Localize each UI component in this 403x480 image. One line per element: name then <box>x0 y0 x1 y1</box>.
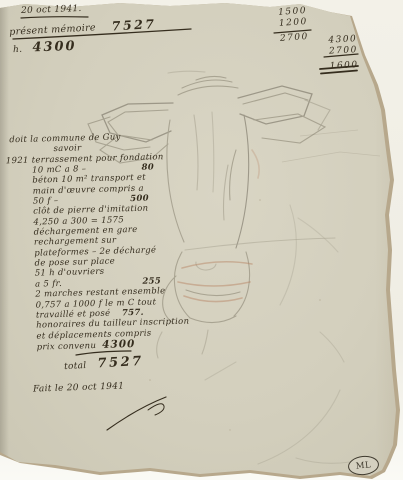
annotation-date-top: 20 oct 1941. <box>21 4 82 16</box>
sum-value: 1200 <box>276 17 309 30</box>
sum-value: 2700 <box>324 45 359 58</box>
sum-column-right: 4300 2700 1600 <box>323 34 359 73</box>
total-value: 7527 <box>97 354 144 371</box>
height-value: 4300 <box>32 39 77 56</box>
sum-result: 1600 <box>324 60 359 73</box>
annotation-height: h. 4300 <box>13 39 77 56</box>
artwork-scan: 20 oct 1941. présent mémoire 7527 h. 430… <box>0 0 403 480</box>
sum-result: 2700 <box>277 32 310 45</box>
total-label: total <box>64 361 87 372</box>
memo-value: 7527 <box>111 16 157 33</box>
sum-column-left: 1500 1200 2700 <box>275 6 310 45</box>
height-label: h. <box>13 45 23 55</box>
stamp-letters: ML <box>355 460 371 472</box>
account-note: doit la commune de Guy savoir 1921 terra… <box>5 131 186 354</box>
